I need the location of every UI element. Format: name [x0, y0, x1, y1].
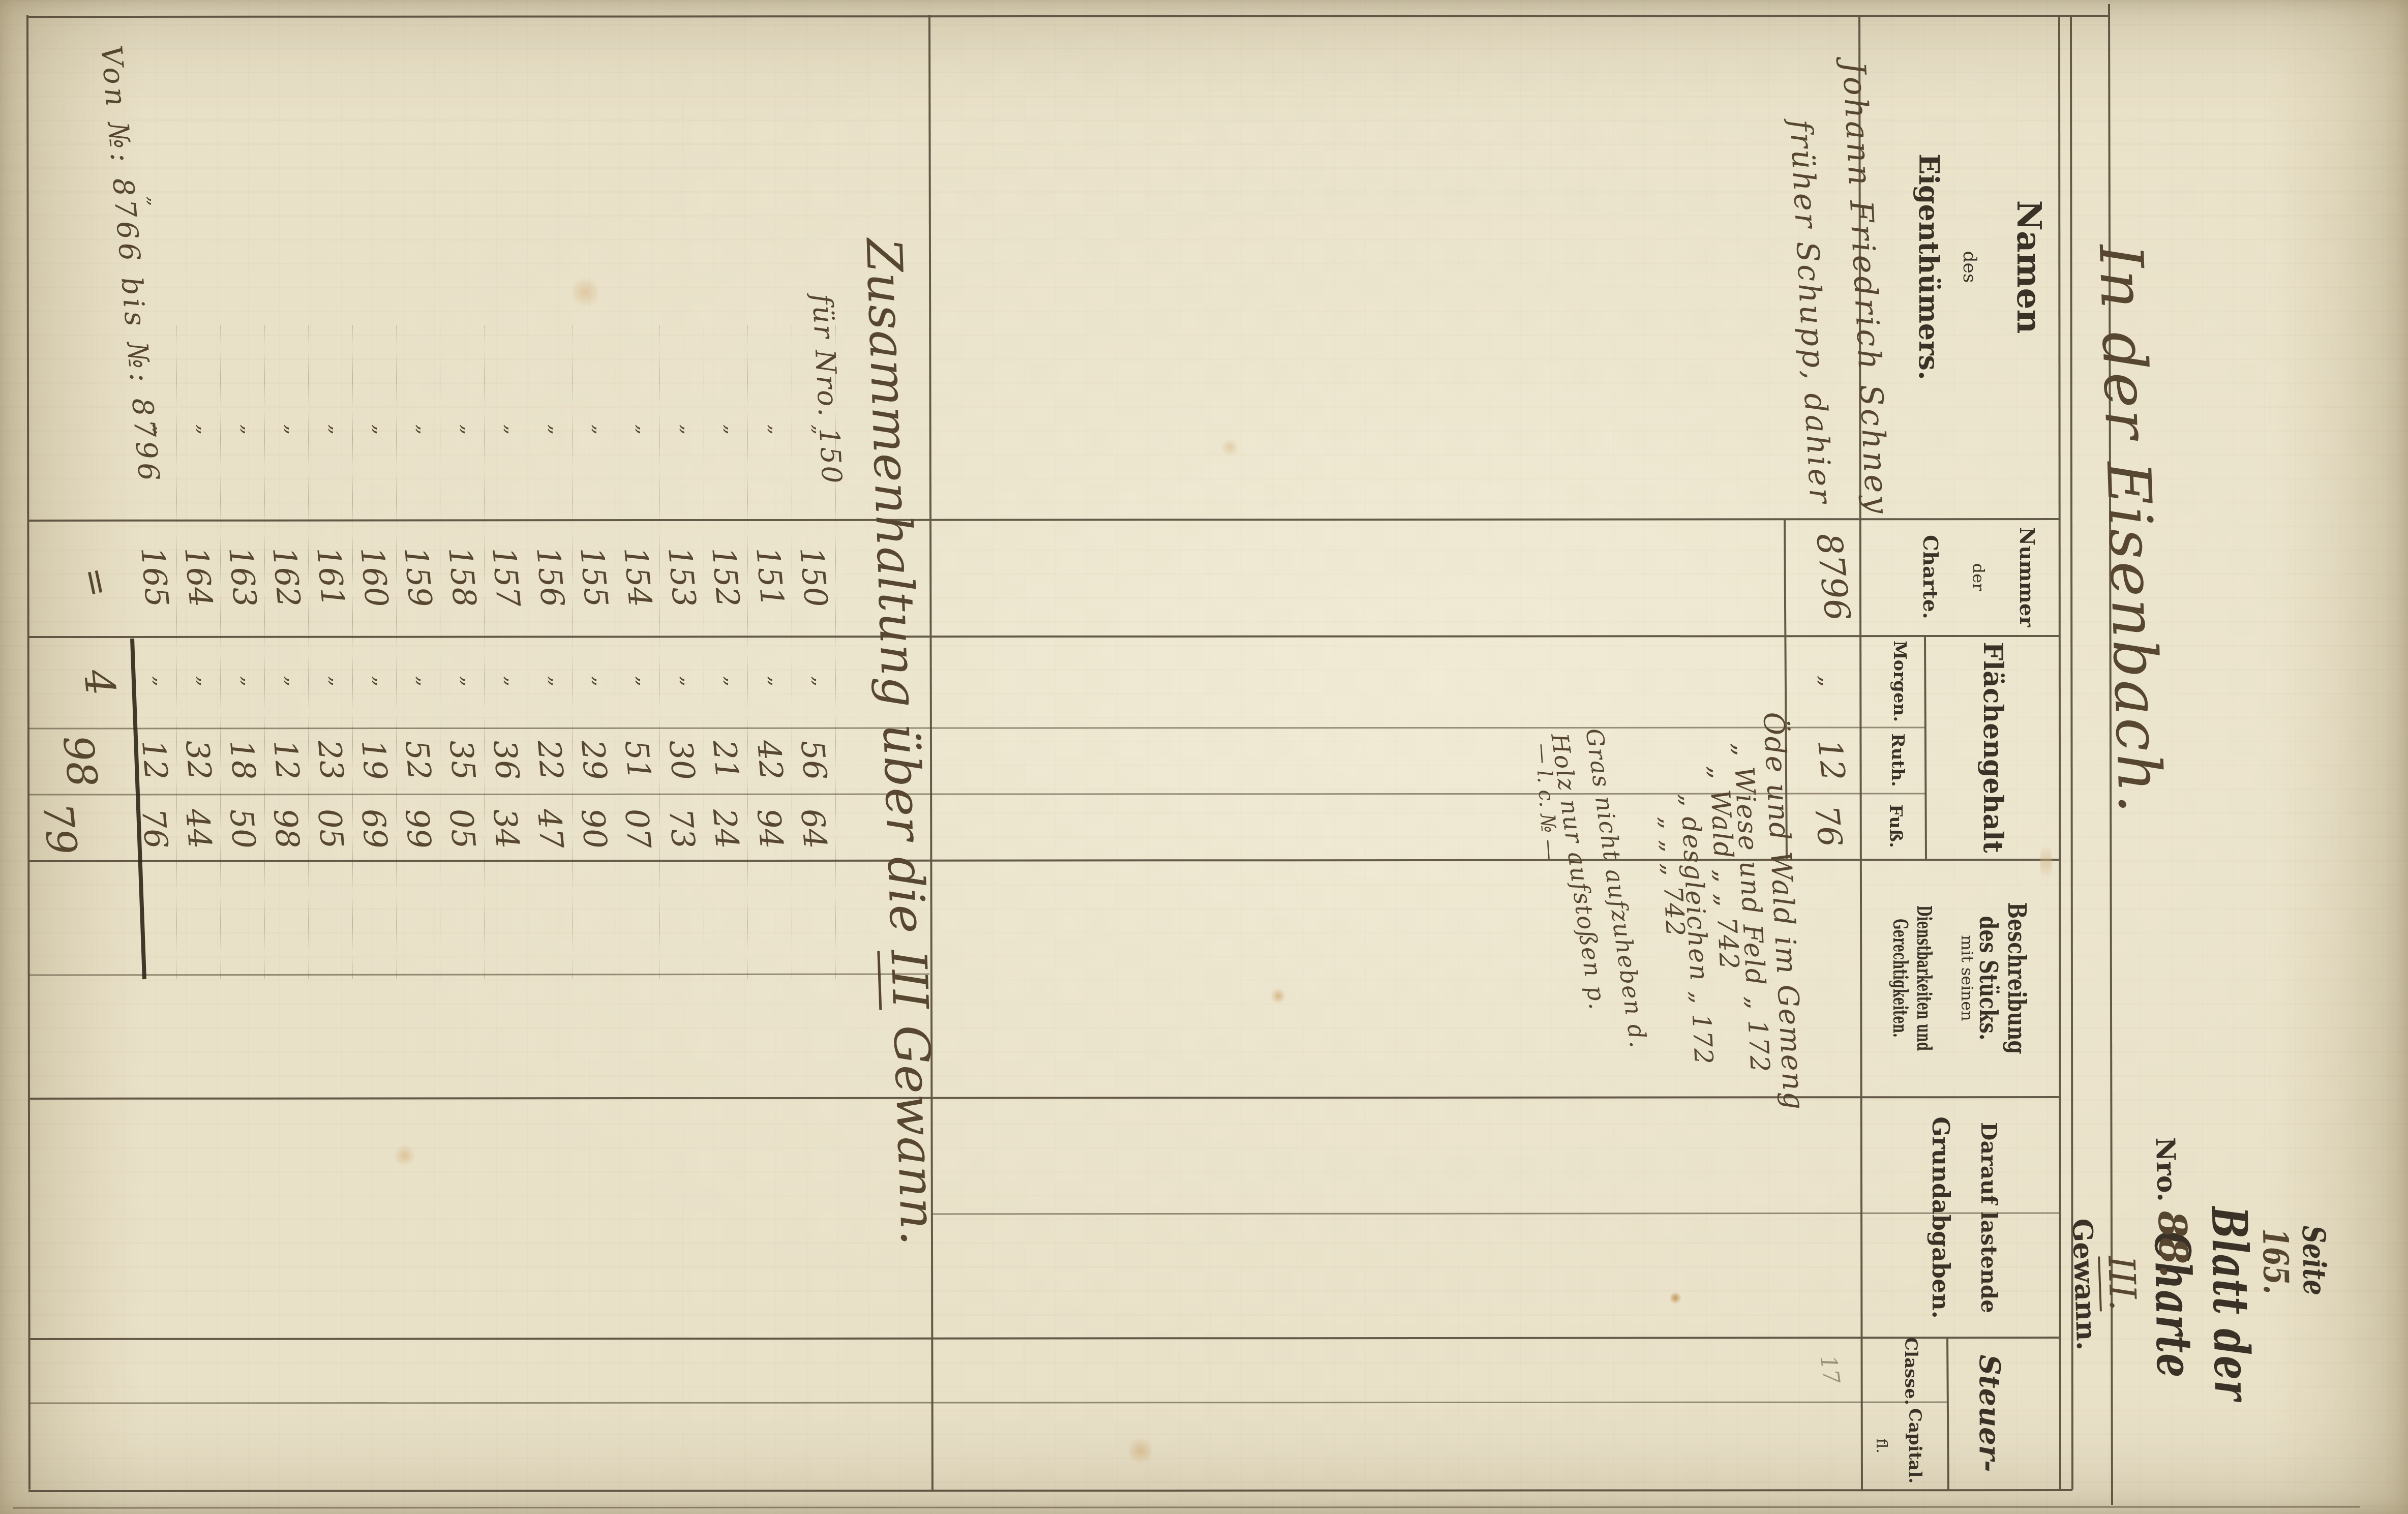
row-owner-ditto: „	[677, 402, 701, 458]
col-abgaben-line2: Grundabgaben.	[1927, 1098, 1954, 1337]
row-charte-number: 155	[572, 532, 617, 622]
table-row: „ 153 „ 30 73	[659, 325, 704, 979]
row-morgen-ditto: „	[194, 651, 217, 712]
row-owner-ditto: „	[458, 402, 481, 458]
row-charte-number: 165	[133, 532, 177, 622]
col-nummer-line3: Charte.	[1918, 519, 1942, 635]
row-owner-ditto: „	[765, 402, 789, 458]
row-charte-number: 163	[221, 532, 265, 622]
row-charte-number: 159	[396, 532, 441, 622]
entry-ruth-value: 12	[1809, 725, 1853, 795]
row-morgen-ditto: „	[589, 651, 613, 712]
sheet-number-value: 88.	[2149, 1210, 2197, 1279]
col-flaeche-fuss: Fuß.	[1885, 793, 1906, 859]
page-number-label: Seite	[2295, 1225, 2333, 1295]
gewann-heading: III. Gewann.	[2065, 1199, 2146, 1369]
table-row: „ 163 „ 18 50	[220, 325, 265, 979]
row-fuss-value: 73	[660, 784, 705, 873]
row-charte-number: 152	[704, 532, 748, 622]
row-fuss-value: 76	[133, 784, 177, 873]
row-morgen-ditto: „	[238, 651, 261, 712]
col-steuer-title: Steuer-	[1973, 1337, 2006, 1490]
total-morgen-value: 4	[71, 636, 128, 730]
row-owner-ditto: „	[589, 402, 613, 458]
entry-fuss-value: 76	[1805, 791, 1850, 861]
row-charte-number: 151	[747, 532, 792, 622]
row-owner-ditto: „	[326, 402, 349, 458]
summary-text-post: Gewann.	[882, 1008, 947, 1247]
scanned-ledger-sheet: Seite 165. Blatt der Charte Nro. 88. III…	[0, 0, 2408, 1514]
page-number: Seite 165.	[2253, 1174, 2334, 1348]
col-steuer-capital: Capital.	[1905, 1402, 1925, 1490]
row-morgen-ditto: „	[413, 651, 437, 712]
row-charte-number: 156	[528, 532, 573, 622]
table-row: „ 160 „ 19 69	[352, 325, 397, 979]
row-morgen-ditto: „	[150, 651, 173, 712]
table-row: „ 162 „ 12 98	[264, 325, 309, 979]
sheet-number: Nro. 88.	[2147, 1131, 2197, 1285]
row-charte-number: 154	[616, 532, 660, 622]
row-morgen-ditto: „	[326, 651, 349, 712]
row-charte-number: 164	[176, 532, 221, 622]
row-owner-ditto: „	[501, 402, 525, 458]
row-fuss-value: 44	[176, 784, 221, 873]
row-fuss-value: 05	[440, 784, 485, 873]
table-row: „ 152 „ 21 24	[703, 325, 748, 979]
row-charte-number: 161	[308, 532, 353, 622]
row-owner-ditto: „	[546, 402, 569, 458]
col-steuer-classe: Classe.	[1901, 1337, 1921, 1402]
row-owner-ditto: „	[282, 402, 305, 458]
row-morgen-ditto: „	[721, 651, 744, 712]
sheet-number-label: Nro.	[2149, 1137, 2182, 1202]
row-fuss-value: 24	[704, 784, 748, 873]
row-morgen-ditto: „	[633, 651, 656, 712]
gewann-label: Gewann.	[2066, 1218, 2103, 1351]
row-morgen-ditto: „	[677, 651, 701, 712]
row-charte-number: 162	[264, 532, 309, 622]
row-owner-ditto: „	[370, 402, 393, 458]
row-owner-ditto: „	[238, 402, 261, 458]
col-abgaben-line1: Darauf lastende	[1976, 1098, 2001, 1337]
total-fuss-value: 79	[32, 785, 88, 873]
entry-morgen-ditto: „	[1815, 635, 1841, 727]
table-row: „ 155 „ 29 90	[571, 325, 616, 979]
row-charte-number: 150	[792, 532, 836, 622]
carry-ditto: „	[144, 196, 167, 206]
row-fuss-value: 50	[221, 784, 265, 873]
row-fuss-value: 64	[792, 784, 836, 873]
table-row: „ 150 „ 56 64	[791, 325, 836, 979]
col-flaeche-ruth: Ruth.	[1887, 727, 1908, 793]
row-charte-number: 153	[660, 532, 705, 622]
row-morgen-ditto: „	[501, 651, 525, 712]
row-morgen-ditto: „	[370, 651, 393, 712]
row-fuss-value: 07	[616, 784, 660, 873]
row-morgen-ditto: „	[458, 651, 481, 712]
col-beschreibung-line1: Beschreibung des Stücks.	[1974, 859, 2031, 1097]
row-fuss-value: 05	[308, 784, 353, 873]
row-morgen-ditto: „	[546, 651, 569, 712]
col-beschreibung-line2: mit seinen	[1958, 859, 1977, 1097]
row-owner-ditto: „	[633, 402, 656, 458]
table-row: „ 154 „ 51 07	[615, 325, 660, 979]
col-flaeche-morgen: Morgen.	[1889, 635, 1910, 727]
summary-roman-numeral: III	[877, 949, 939, 1010]
col-nummer-line2: der	[1969, 519, 1988, 635]
table-row: „ 159 „ 52 99	[396, 325, 440, 979]
row-owner-ditto: „	[413, 402, 437, 458]
row-morgen-ditto: „	[282, 651, 305, 712]
col-flaeche-title: Flächengehalt	[1977, 635, 2008, 859]
table-row: „ 157 „ 36 34	[484, 325, 528, 979]
table-row: „ 156 „ 22 47	[528, 325, 573, 979]
row-owner-ditto: „	[809, 402, 832, 458]
row-charte-number: 157	[484, 532, 529, 622]
row-fuss-value: 99	[396, 784, 441, 873]
row-fuss-value: 34	[484, 784, 529, 873]
row-fuss-value: 94	[747, 784, 792, 873]
col-namen-line3: Eigenthümers.	[1913, 15, 1945, 519]
row-charte-number: 160	[352, 532, 397, 622]
row-owner-ditto: „	[194, 402, 217, 458]
col-beschreibung-line3: Dienstbarkeiten und Gerechtigkeiten.	[1888, 859, 1936, 1097]
row-fuss-value: 90	[572, 784, 617, 873]
row-fuss-value: 98	[264, 784, 309, 873]
page-number-value: 165.	[2254, 1228, 2296, 1294]
row-fuss-value: 69	[352, 784, 397, 873]
row-morgen-ditto: „	[765, 651, 789, 712]
entry-description-line5: „ „ „ 742	[1654, 815, 1690, 938]
ledger-page: Seite 165. Blatt der Charte Nro. 88. III…	[0, 0, 2408, 1514]
col-namen-line1: Namen	[2009, 15, 2049, 519]
table-row: „ 158 „ 35 05	[440, 325, 485, 979]
table-row: „ 151 „ 42 94	[747, 325, 792, 979]
row-owner-ditto: „	[721, 402, 744, 458]
table-row: „ 164 „ 32 44	[176, 325, 221, 979]
row-morgen-ditto: „	[809, 651, 832, 712]
col-nummer-line1: Nummer	[2015, 519, 2039, 635]
table-row: „ 161 „ 23 05	[308, 325, 353, 979]
row-fuss-value: 47	[528, 784, 573, 873]
gewann-numeral: III.	[2098, 1255, 2145, 1311]
col-namen-line2: des	[1959, 15, 1980, 519]
col-steuer-unit: fl.	[1873, 1402, 1890, 1490]
row-charte-number: 158	[440, 532, 485, 622]
